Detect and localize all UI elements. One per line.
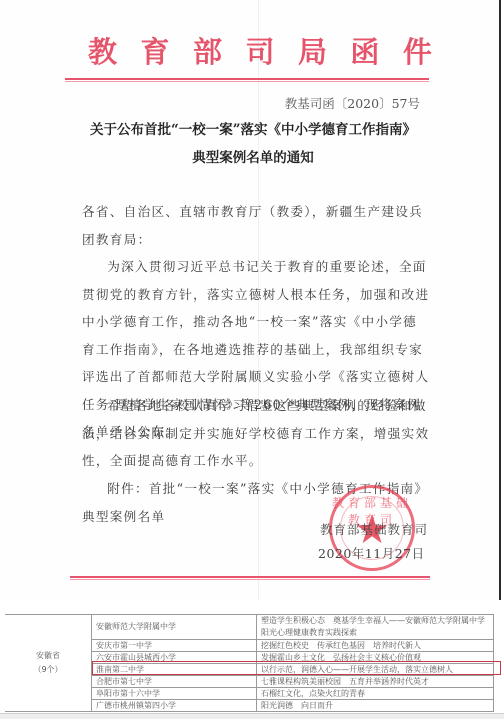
footer-red-rule-thin: [70, 579, 430, 580]
masthead: 教 育 部 司 局 函 件: [88, 33, 432, 67]
masthead-red-rule: [65, 78, 429, 80]
body-paragraph-2: 希望各地各校认真学习借鉴这些典型案例的经验和做法，结合实际制定并实施好学校德育工…: [82, 392, 430, 475]
school-cell: 安徽师范大学附属中学: [92, 615, 257, 640]
masthead-char: 育: [140, 30, 169, 71]
annex-table-excerpt: 安徽省 （9个） 安徽师范大学附属中学 塑造学生积极心态 奠基学生幸福人——安徽…: [0, 600, 504, 719]
signer: 教育部基础教育司: [320, 520, 428, 538]
case-cell: 发掘霍山乡土文化 弘扬社会主义核心价值观: [257, 652, 494, 664]
masthead-char: 件: [403, 30, 432, 71]
page-border: [499, 0, 501, 600]
school-cell: 广德市桃州镇第四小学: [92, 700, 257, 712]
case-cell: 以行示范，润德入心——开展学生活动，落实立德树人: [257, 664, 494, 676]
case-cell: 七雅课程构筑美丽校园 五育并举涵养时代英才: [257, 676, 494, 688]
notice-page: 教 育 部 司 局 函 件 教基司函〔2020〕57号 关于公布首批“一校一案”…: [0, 0, 500, 600]
addressee: 各省、自治区、直辖市教育厅（教委），新疆生产建设兵团教育局：: [82, 198, 430, 253]
footer-red-rule: [70, 576, 430, 578]
table-row: 安徽省 （9个） 安徽师范大学附属中学 塑造学生积极心态 奠基学生幸福人——安徽…: [5, 615, 494, 640]
signature-date: 2020年11月27日: [318, 544, 425, 562]
case-cell: 阳光润德 向日而升: [257, 700, 494, 712]
document-number: 教基司函〔2020〕57号: [285, 94, 420, 112]
case-list-table: 安徽省 （9个） 安徽师范大学附属中学 塑造学生积极心态 奠基学生幸福人——安徽…: [5, 614, 494, 712]
bottom-edge: [0, 713, 504, 719]
case-cell: 挖掘红色校史 传承红色基因 培养时代新人: [257, 640, 494, 652]
school-cell: 阜阳市第十六中学: [92, 688, 257, 700]
school-cell: 合肥市第七中学: [92, 676, 257, 688]
case-cell: 塑造学生积极心态 奠基学生幸福人——安徽师范大学附属中学阳光心理健康教育实践探索: [257, 615, 494, 640]
masthead-char: 部: [193, 30, 222, 71]
masthead-red-rule-thin: [65, 81, 429, 82]
masthead-char: 局: [298, 30, 327, 71]
province-count: （9个）: [9, 663, 87, 677]
document-title-line1: 关于公布首批“一校一案”落实《中小学德育工作指南》: [78, 118, 428, 138]
school-cell: 安庆市第一中学: [92, 640, 257, 652]
masthead-char: 教: [88, 30, 117, 71]
masthead-char: 司: [245, 30, 274, 71]
school-cell: 六安市霍山县城西小学: [92, 652, 257, 664]
document-title-line2: 典型案例名单的通知: [78, 146, 428, 166]
province-cell: 安徽省 （9个）: [5, 615, 92, 712]
case-cell: 石榴红文化，点染火红的青春: [257, 688, 494, 700]
school-cell: 淮南第二中学: [92, 664, 257, 676]
masthead-char: 函: [350, 30, 379, 71]
province-name: 安徽省: [9, 649, 87, 663]
